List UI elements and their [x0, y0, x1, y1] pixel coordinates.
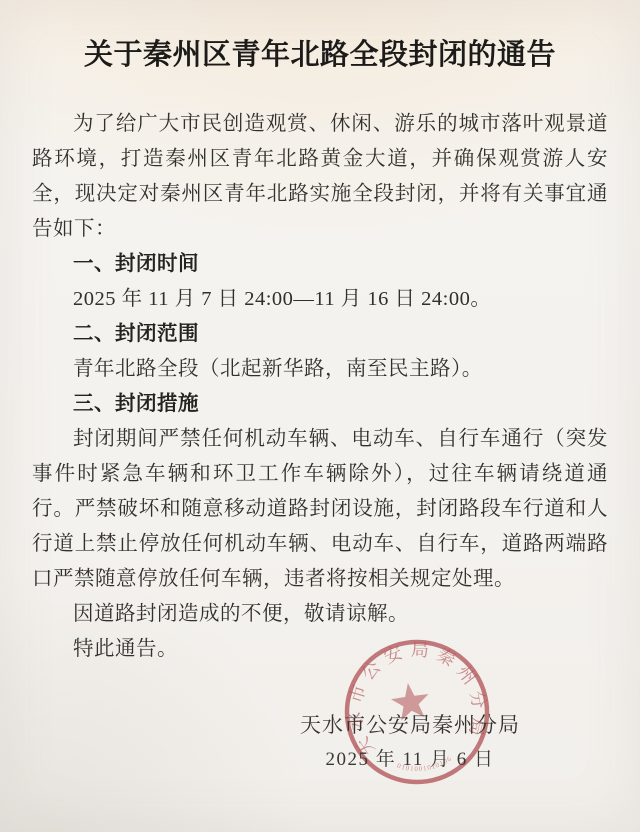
notice-paragraph-closure-scope: 青年北路全段（北起新华路，南至民主路）。 — [32, 352, 608, 387]
notice-paragraph-closure-time: 2025 年 11 月 7 日 24:00—11 月 16 日 24:00。 — [32, 282, 608, 317]
notice-paragraph-apology: 因道路封闭造成的不便，敬请谅解。 — [32, 597, 608, 632]
section-heading-closure-scope: 二、封闭范围 — [32, 317, 608, 352]
notice-paragraph-closure-measures: 封闭期间严禁任何机动车辆、电动车、自行车通行（突发事件时紧急车辆和环卫工作车辆除… — [32, 422, 608, 597]
signature-block: 天水市公安局秦州分局 2025 年 11 月 6 日 — [260, 709, 560, 773]
notice-title: 关于秦州区青年北路全段封闭的通告 — [20, 36, 620, 75]
notice-paragraph-intro: 为了给广大市民创造观赏、休闲、游乐的城市落叶观景道路环境，打造秦州区青年北路黄金… — [32, 107, 608, 247]
notice-paragraph-hereby: 特此通告。 — [32, 632, 608, 667]
section-heading-closure-time: 一、封闭时间 — [32, 247, 608, 282]
notice-body: 为了给广大市民创造观赏、休闲、游乐的城市落叶观景道路环境，打造秦州区青年北路黄金… — [32, 107, 608, 667]
section-heading-closure-measures: 三、封闭措施 — [32, 387, 608, 422]
issue-date: 2025 年 11 月 6 日 — [260, 747, 560, 773]
notice-page: 关于秦州区青年北路全段封闭的通告 为了给广大市民创造观赏、休闲、游乐的城市落叶观… — [0, 0, 640, 832]
signature: 天水市公安局秦州分局 — [260, 709, 560, 741]
